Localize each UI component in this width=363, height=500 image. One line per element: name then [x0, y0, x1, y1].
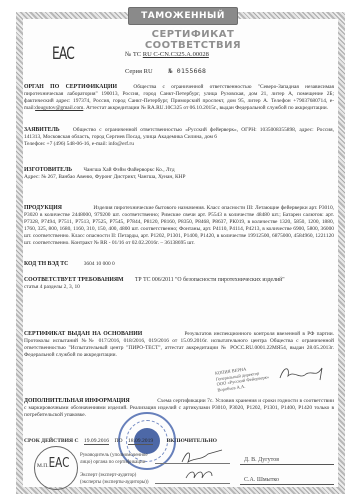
valid-to-date: 18.09.2019	[128, 438, 153, 445]
seal-place-label: М.П.	[37, 463, 49, 469]
certificate-title: СЕРТИФИКАТ СООТВЕТСТВИЯ	[108, 29, 278, 51]
section-basis: СЕРТИФИКАТ ВЫДАН НА ОСНОВАНИИ Результато…	[24, 331, 334, 359]
eac-mark-icon: EAC	[52, 44, 74, 64]
certificate-number-value: RU C-CN.C325.A.00028	[143, 51, 209, 58]
head-name: Д. В. Дугутов	[240, 457, 334, 465]
section-manufacturer: ИЗГОТОВИТЕЛЬ Чангша Хай Фэйм Файерворкс …	[24, 167, 334, 181]
expert-signature-icon	[182, 468, 218, 482]
email-link[interactable]: dougutov@gmail.com	[35, 105, 83, 111]
valid-from-date: 19.09.2016	[84, 438, 109, 445]
section-requirements: СООТВЕТСТВУЕТ ТРЕБОВАНИЯМ ТР ТС 006/2011…	[24, 277, 334, 291]
validity-period: СРОК ДЕЙСТВИЯ С 19.09.2016 ПО 18.09.2019…	[24, 438, 334, 445]
customs-union-banner: ТАМОЖЕННЫЙ СОЮЗ	[128, 7, 238, 25]
series-number: № 0155668	[168, 67, 206, 75]
section-product: ПРОДУКЦИЯ Изделия пиротехнические бытово…	[24, 205, 334, 247]
head-signature-icon	[178, 448, 228, 466]
certificate-number: № ТС RU C-CN.C325.A.00028	[125, 51, 209, 58]
series-line: Серия RU № 0155668	[125, 67, 206, 75]
section-applicant: ЗАЯВИТЕЛЬ Общество с ограниченной ответс…	[24, 127, 334, 148]
section-tn-ved: КОД ТН ВЭД ТС 3604 10 000 0	[24, 261, 334, 268]
director-signature-icon	[276, 364, 328, 386]
section-certification-body: ОРГАН ПО СЕРТИФИКАЦИИ Общества с огранич…	[24, 84, 334, 112]
section-additional-info: ДОПОЛНИТЕЛЬНАЯ ИНФОРМАЦИЯ Схема сертифик…	[24, 398, 334, 419]
expert-name: С.А. Шмытко	[240, 477, 334, 485]
